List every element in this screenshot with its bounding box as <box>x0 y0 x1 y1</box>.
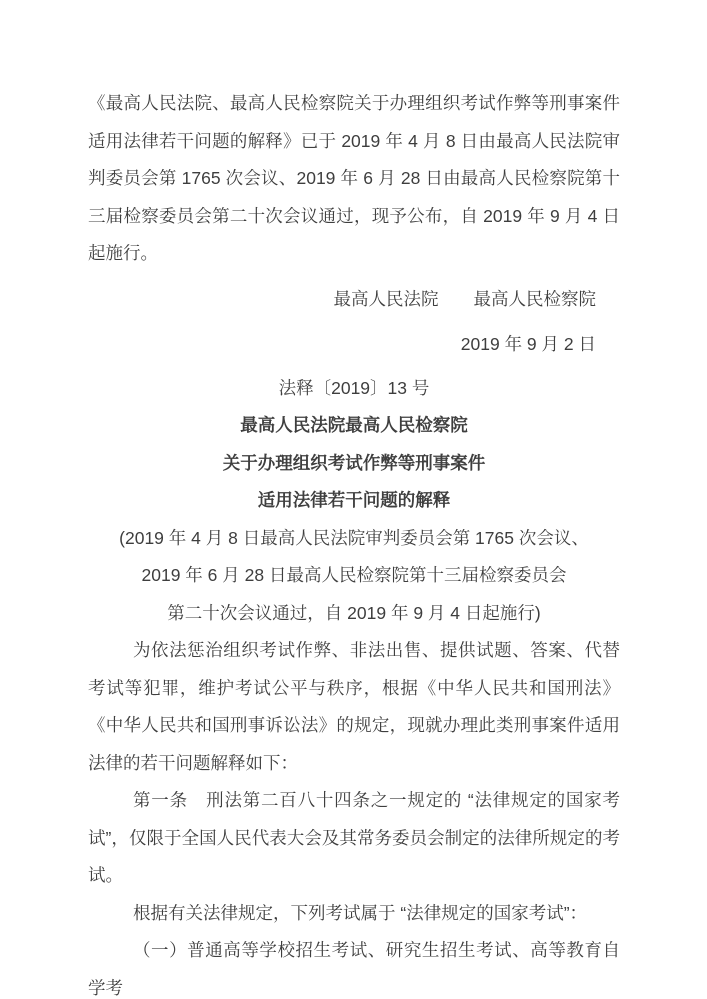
announcement-paragraph: 《最高人民法院、最高人民检察院关于办理组织考试作弊等刑事案件适用法律若干问题的解… <box>88 85 620 273</box>
article-1-item-1: （一）普通高等学校招生考试、研究生招生考试、高等教育自学考 <box>88 932 620 999</box>
article-1-paragraph-1: 第一条 刑法第二百八十四条之一规定的 “法律规定的国家考试”，仅限于全国人民代表… <box>88 782 620 895</box>
document-title-line-2: 关于办理组织考试作弊等刑事案件 <box>88 445 620 483</box>
adoption-note-line-1: (2019 年 4 月 8 日最高人民法院审判委员会第 1765 次会议、 <box>88 520 620 558</box>
preamble-paragraph: 为依法惩治组织考试作弊、非法出售、提供试题、答案、代替考试等犯罪，维护考试公平与… <box>88 632 620 782</box>
adoption-note-line-3: 第二十次会议通过，自 2019 年 9 月 4 日起施行) <box>88 595 620 633</box>
document-number: 法释〔2019〕13 号 <box>88 370 620 408</box>
document-body: 《最高人民法院、最高人民检察院关于办理组织考试作弊等刑事案件适用法律若干问题的解… <box>88 85 620 999</box>
adoption-note-line-2: 2019 年 6 月 28 日最高人民检察院第十三届检察委员会 <box>88 557 620 595</box>
document-title-line-1: 最高人民法院最高人民检察院 <box>88 407 620 445</box>
document-page: 《最高人民法院、最高人民检察院关于办理组织考试作弊等刑事案件适用法律若干问题的解… <box>0 0 707 999</box>
article-1-paragraph-2: 根据有关法律规定，下列考试属于 “法律规定的国家考试”： <box>88 895 620 933</box>
issuer-signature: 最高人民法院 最高人民检察院 <box>88 281 620 319</box>
document-title-line-3: 适用法律若干问题的解释 <box>88 482 620 520</box>
issue-date: 2019 年 9 月 2 日 <box>88 326 620 364</box>
